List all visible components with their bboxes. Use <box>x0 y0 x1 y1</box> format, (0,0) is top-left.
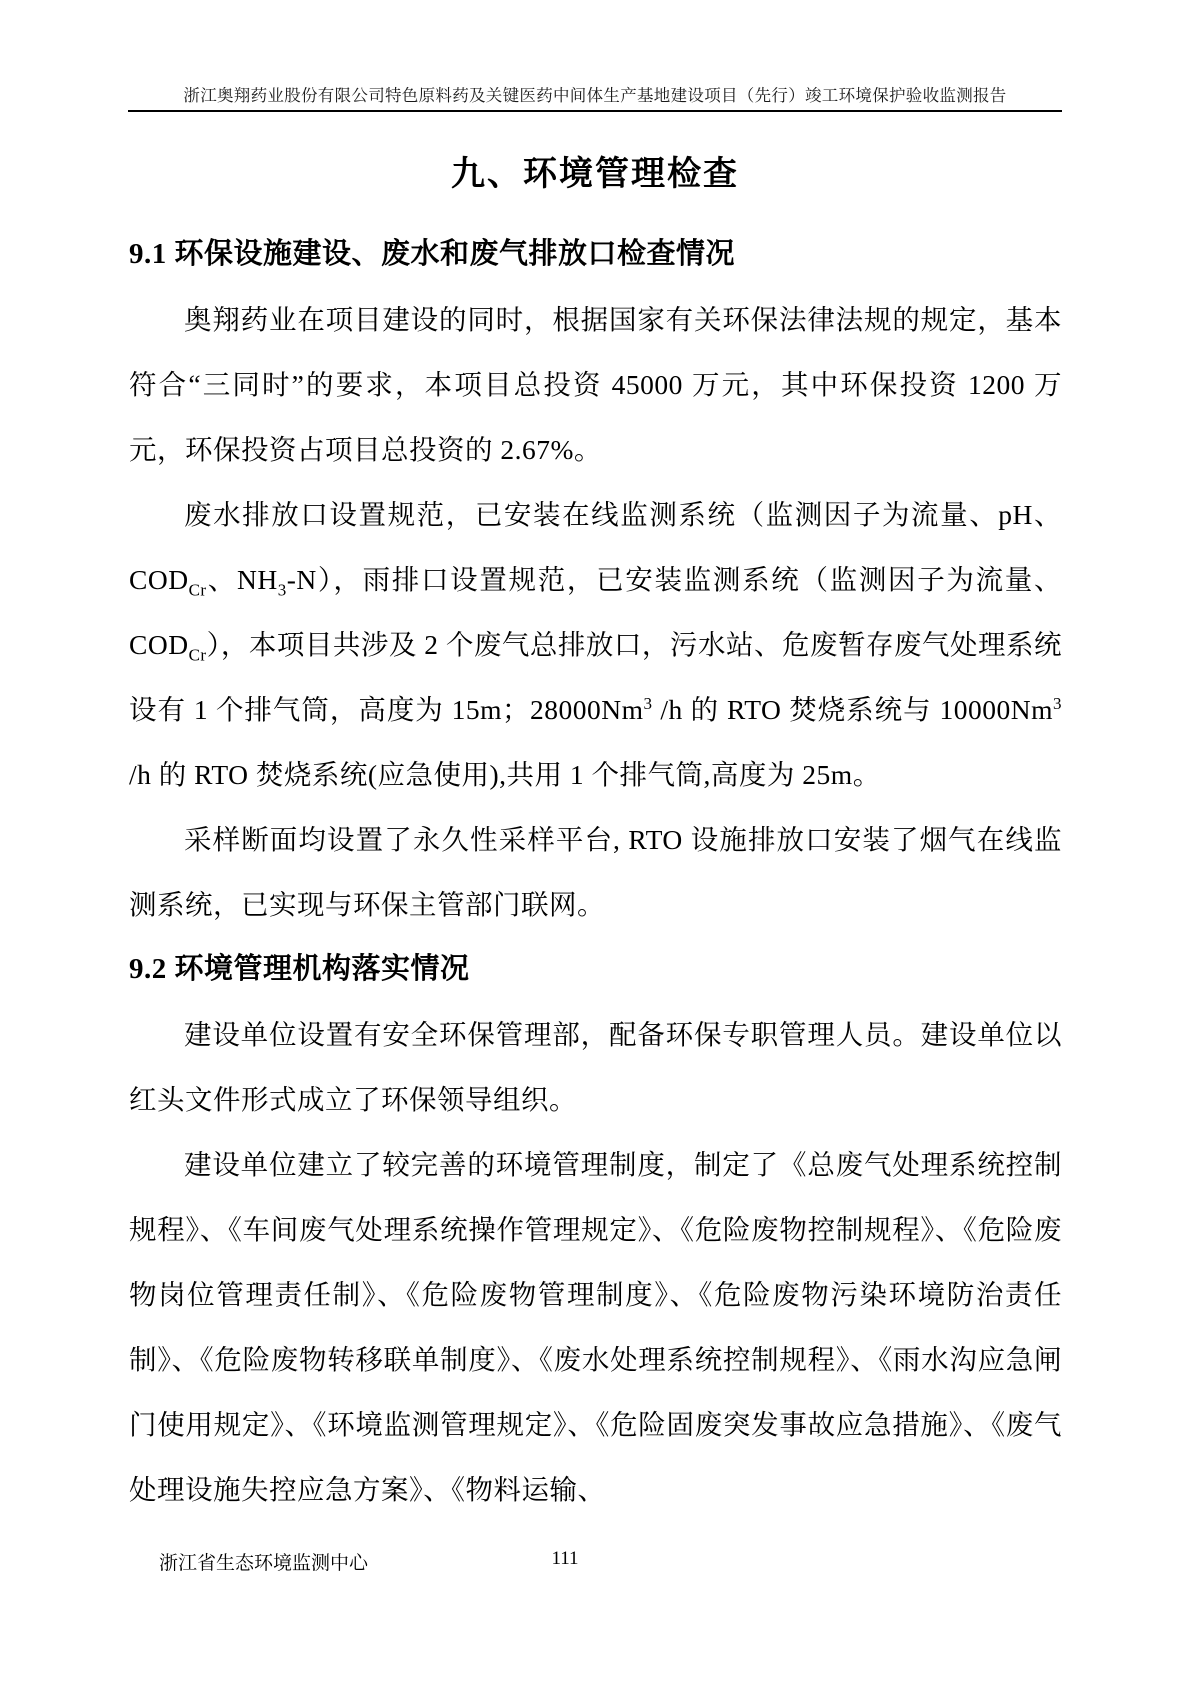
footer-organization: 浙江省生态环境监测中心 <box>159 1548 368 1575</box>
page-number: 111 <box>535 1548 595 1570</box>
paragraph-sampling-platform: 采样断面均设置了永久性采样平台, RTO 设施排放口安装了烟气在线监测系统，已实… <box>129 807 1062 937</box>
paragraph-management-rules: 建设单位建立了较完善的环境管理制度，制定了《总废气处理系统控制规程》、《车间废气… <box>129 1132 1062 1522</box>
paragraph-outlets: 废水排放口设置规范，已安装在线监测系统（监测因子为流量、pH、CODCr、NH3… <box>129 482 1062 807</box>
document-body: 9.1 环保设施建设、废水和废气排放口检查情况 奥翔药业在项目建设的同时，根据国… <box>129 222 1062 1532</box>
section-heading-9-1: 9.1 环保设施建设、废水和废气排放口检查情况 <box>129 222 1062 287</box>
header-divider-line <box>128 110 1062 112</box>
chapter-title: 九、环境管理检查 <box>128 146 1062 195</box>
page-footer: 浙江省生态环境监测中心 111 <box>129 1548 1062 1578</box>
paragraph-investment: 奥翔药业在项目建设的同时，根据国家有关环保法律法规的规定，基本符合“三同时”的要… <box>129 287 1062 482</box>
running-header: 浙江奥翔药业股份有限公司特色原料药及关键医药中间体生产基地建设项目（先行）竣工环… <box>128 82 1062 106</box>
paragraph-management-org: 建设单位设置有安全环保管理部，配备环保专职管理人员。建设单位以红头文件形式成立了… <box>129 1002 1062 1132</box>
section-heading-9-2: 9.2 环境管理机构落实情况 <box>129 937 1062 1002</box>
document-page: 浙江奥翔药业股份有限公司特色原料药及关键医药中间体生产基地建设项目（先行）竣工环… <box>0 0 1190 1683</box>
